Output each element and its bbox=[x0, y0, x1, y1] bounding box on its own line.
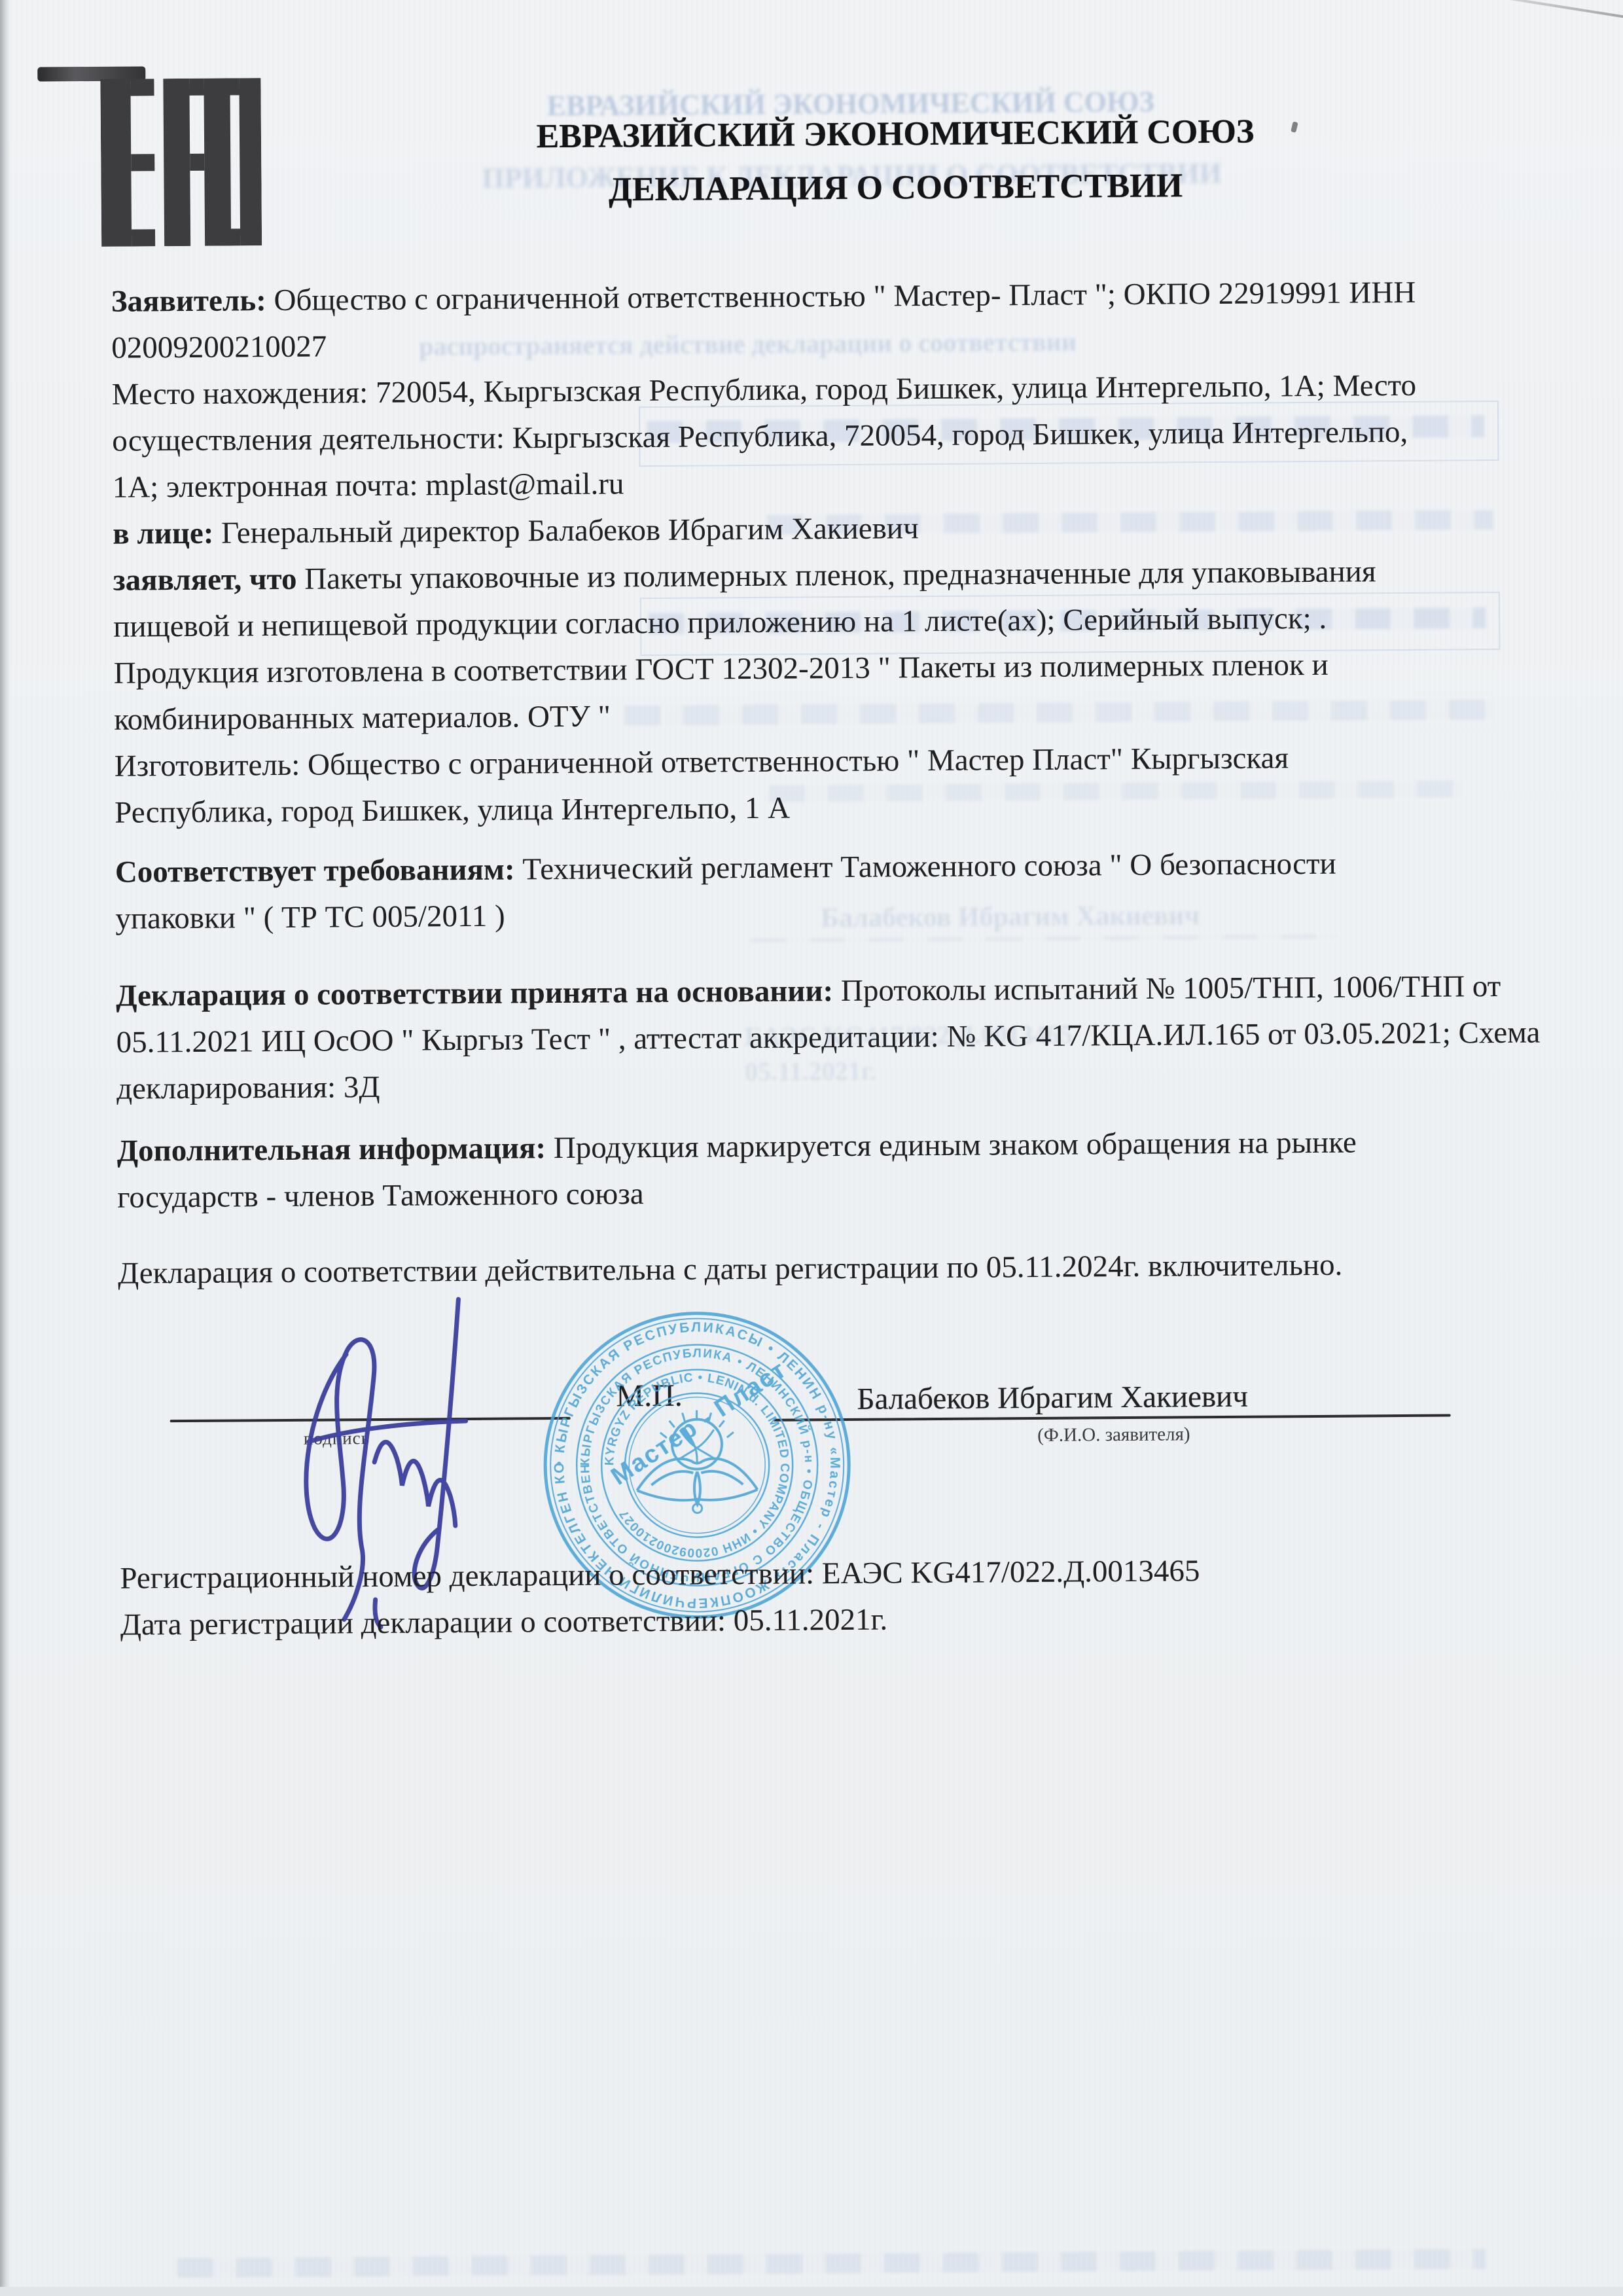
ghost-reg-date: 05.11.2021г. bbox=[745, 1056, 877, 1087]
paragraph-validity: Декларация о соответствии действительна … bbox=[118, 1241, 1531, 1297]
ghost-applicant-name: Балабеков Ибрагим Хакиевич bbox=[821, 900, 1200, 934]
scan-edge-bottom bbox=[0, 2287, 1623, 2296]
label-zayavitel: Заявитель: bbox=[111, 283, 266, 319]
text-line: Технический регламент Таможенного союза … bbox=[514, 847, 1336, 887]
ghost-bottom-band bbox=[177, 2249, 1486, 2278]
paragraph-applicant: Заявитель: Общество с ограниченной ответ… bbox=[111, 269, 1529, 836]
document-title-line2: ДЕКЛАРАЦИЯ О СООТВЕТСТВИИ bbox=[404, 164, 1386, 211]
registration-date-line: Дата регистрации декларации о соответств… bbox=[120, 1592, 1534, 1649]
ghost-reg-number: ЕАЭС KG417/022.Д.0013465 bbox=[744, 1019, 1073, 1052]
applicant-name: Балабеков Ибрагим Хакиевич bbox=[857, 1379, 1248, 1417]
text-line: Республика, город Бишкек, улица Интергел… bbox=[115, 791, 790, 830]
label-v-litse: в лице: bbox=[113, 516, 214, 551]
label-zayavlyaet: заявляет, что bbox=[113, 562, 297, 598]
page-content: ЕВРАЗИЙСКИЙ ЭКОНОМИЧЕСКИЙ СОЮЗ ПРИЛОЖЕНИ… bbox=[0, 0, 1623, 2296]
text-line: Протоколы испытаний № 1005/ТНП, 1006/ТНП… bbox=[833, 969, 1501, 1008]
label-sootvetstvuet: Соответствует требованиям: bbox=[115, 852, 515, 889]
text-line: 02009200210027 bbox=[111, 329, 327, 365]
text-line: Декларация о соответствии действительна … bbox=[118, 1248, 1343, 1291]
text-line: Пакеты упаковочные из полимерных пленок,… bbox=[296, 554, 1376, 596]
label-osnovanie: Декларация о соответствии принята на осн… bbox=[116, 974, 833, 1013]
eac-logo bbox=[100, 78, 262, 247]
label-dop-info: Дополнительная информация: bbox=[117, 1131, 546, 1168]
paragraph-registration: Регистрационный номер декларации о соотв… bbox=[120, 1546, 1534, 1649]
text-line: пищевой и непищевой продукции согласно п… bbox=[113, 601, 1327, 644]
document-title-line1: ЕВРАЗИЙСКИЙ ЭКОНОМИЧЕСКИЙ СОЮЗ bbox=[404, 111, 1386, 158]
text-line: Место нахождения: 720054, Кыргызская Рес… bbox=[112, 368, 1417, 412]
fio-caption: (Ф.И.О. заявителя) bbox=[976, 1424, 1251, 1447]
text-line: Продукция изготовлена в соответствии ГОС… bbox=[114, 648, 1329, 691]
text-line: осуществления деятельности: Кыргызская Р… bbox=[112, 415, 1408, 458]
text-line: декларирования: 3Д bbox=[116, 1070, 380, 1106]
text-line: Изготовитель: Общество с ограниченной от… bbox=[115, 741, 1289, 783]
scan-edge-left bbox=[0, 0, 10, 2296]
paragraph-additional-info: Дополнительная информация: Продукция мар… bbox=[117, 1119, 1531, 1221]
text-line: государств - членов Таможенного союза bbox=[117, 1177, 644, 1215]
text-line: Генеральный директор Балабеков Ибрагим Х… bbox=[213, 511, 919, 550]
text-line: Общество с ограниченной ответственностью… bbox=[266, 276, 1416, 317]
scanned-declaration-page: ЕВРАЗИЙСКИЙ ЭКОНОМИЧЕСКИЙ СОЮЗ ПРИЛОЖЕНИ… bbox=[0, 0, 1623, 2296]
text-line: Продукция маркируется единым знаком обра… bbox=[546, 1126, 1357, 1166]
text-line: 1А; электронная почта: mplast@mail.ru bbox=[113, 467, 624, 504]
text-line: комбинированных материалов. ОТУ " bbox=[114, 699, 611, 736]
text-line: упаковки " ( ТР ТС 005/2011 ) bbox=[115, 899, 505, 936]
